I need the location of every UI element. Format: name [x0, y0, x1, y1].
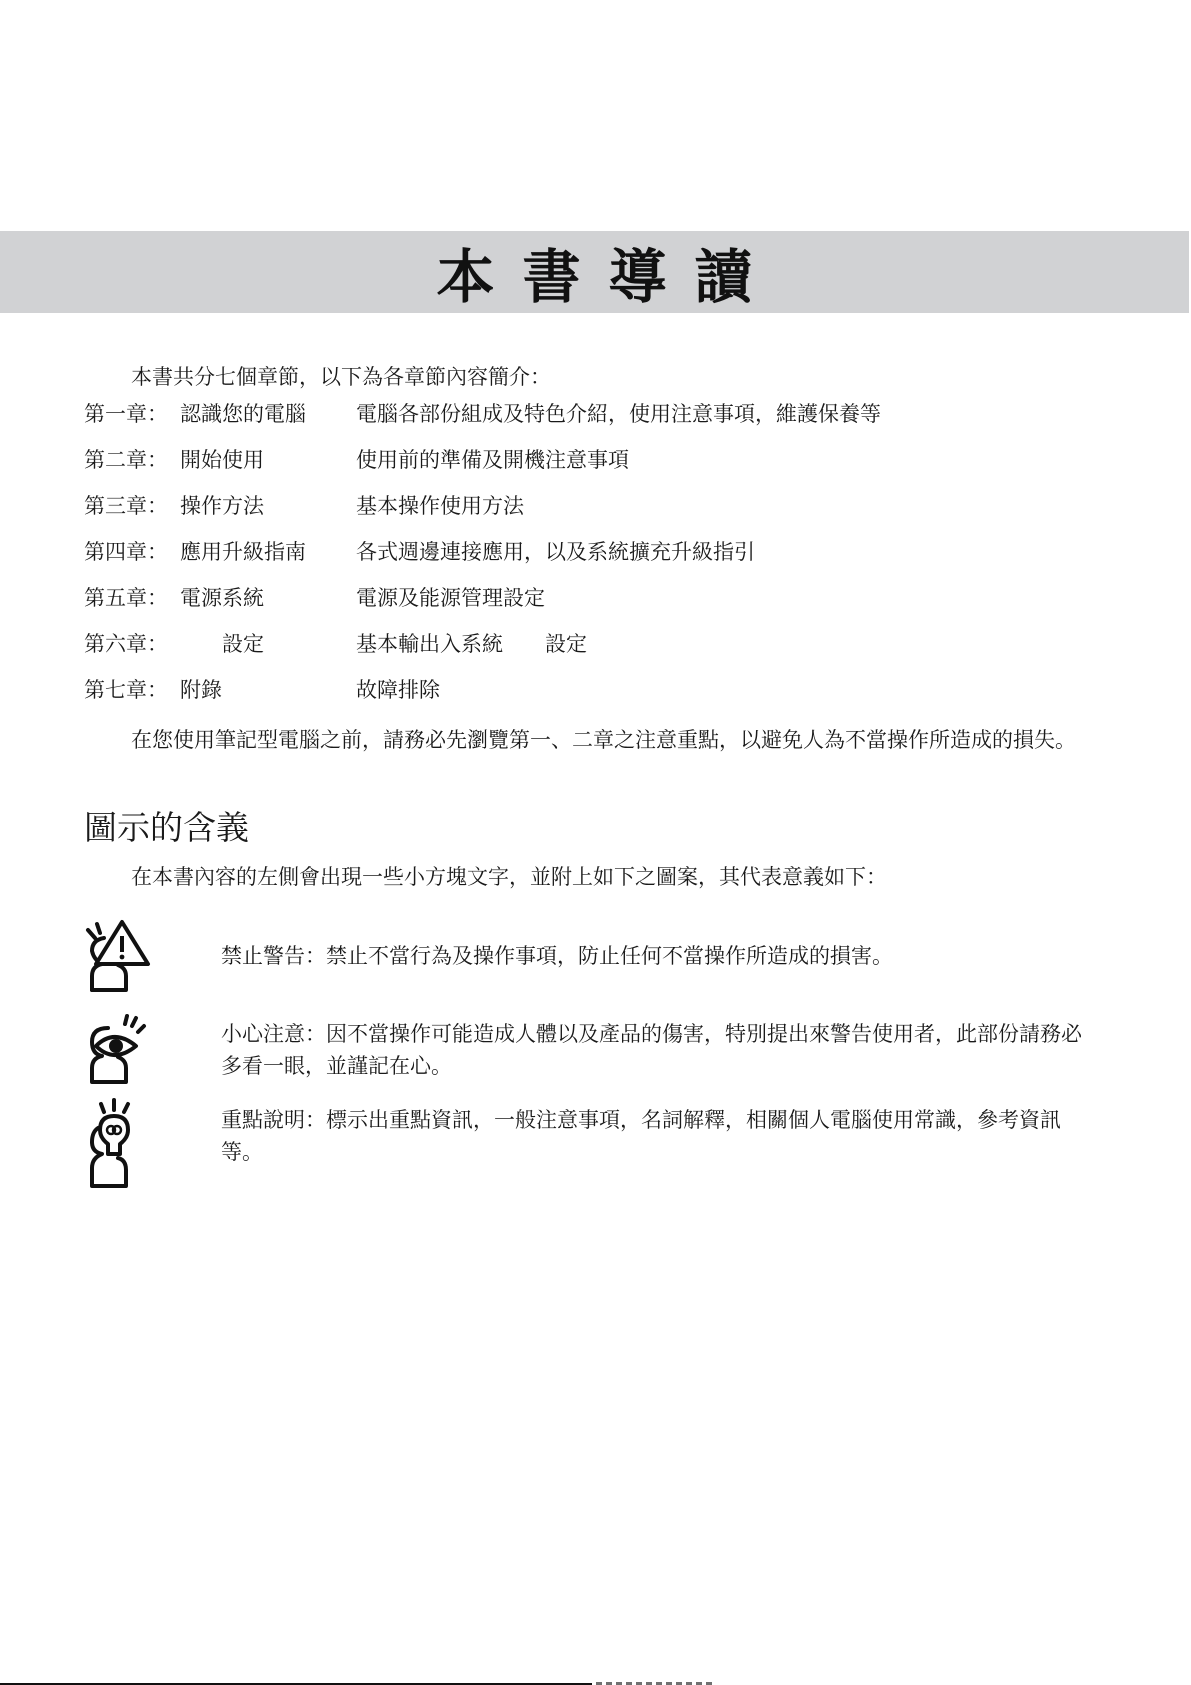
chapter-desc: 電源及能源管理設定: [356, 585, 545, 611]
legend-item-warning: 禁止警告：禁止不當行為及操作事項，防止任何不當操作所造成的損害。: [84, 918, 1114, 998]
lightbulb-person-icon: [84, 1098, 154, 1194]
chapter-desc: 電腦各部份組成及特色介紹，使用注意事項，維護保養等: [356, 401, 881, 427]
chapter-desc: 基本操作使用方法: [356, 493, 524, 519]
page-title: 本書導讀: [0, 231, 1189, 313]
chapter-desc: 基本輸出入系統 設定: [356, 631, 587, 657]
chapter-title: 電源系統: [180, 585, 264, 611]
chapter-title: 開始使用: [180, 447, 264, 473]
eye-person-icon: [84, 1010, 154, 1094]
chapter-desc: 使用前的準備及開機注意事項: [356, 447, 629, 473]
legend-item-caution: 小心注意：因不當操作可能造成人體以及產品的傷害，特別提出來警告使用者，此部份請務…: [84, 1010, 1114, 1090]
chapter-title: 認識您的電腦: [180, 401, 306, 427]
chapter-number: 第六章：: [84, 631, 168, 657]
section-heading: 圖示的含義: [84, 808, 249, 848]
intro-text: 本書共分七個章節，以下為各章節內容簡介：: [131, 364, 551, 390]
chapter-number: 第一章：: [84, 401, 168, 427]
warning-person-icon: [84, 918, 154, 1002]
chapter-title: 操作方法: [180, 493, 264, 519]
chapter-number: 第七章：: [84, 677, 168, 703]
chapter-number: 第四章：: [84, 539, 168, 565]
section-intro: 在本書內容的左側會出現一些小方塊文字，並附上如下之圖案，其代表意義如下：: [131, 864, 887, 890]
legend-text: 重點說明：標示出重點資訊，一般注意事項，名詞解釋，相關個人電腦使用常識，參考資訊…: [221, 1104, 1101, 1168]
chapter-title: 設定: [180, 631, 264, 657]
chapter-desc: 故障排除: [356, 677, 440, 703]
title-band: 本書導讀: [0, 231, 1189, 313]
chapter-number: 第二章：: [84, 447, 168, 473]
legend-text: 禁止警告：禁止不當行為及操作事項，防止任何不當操作所造成的損害。: [221, 940, 1101, 972]
chapter-title: 應用升級指南: [180, 539, 306, 565]
chapter-number: 第三章：: [84, 493, 168, 519]
note-paragraph: 在您使用筆記型電腦之前，請務必先瀏覽第一、二章之注意重點，以避免人為不當操作所造…: [84, 724, 1084, 756]
chapter-title: 附錄: [180, 677, 222, 703]
chapter-desc: 各式週邊連接應用，以及系統擴充升級指引: [356, 539, 755, 565]
legend-text: 小心注意：因不當操作可能造成人體以及產品的傷害，特別提出來警告使用者，此部份請務…: [221, 1018, 1101, 1082]
chapter-number: 第五章：: [84, 585, 168, 611]
legend-item-important: 重點說明：標示出重點資訊，一般注意事項，名詞解釋，相關個人電腦使用常識，參考資訊…: [84, 1098, 1114, 1190]
